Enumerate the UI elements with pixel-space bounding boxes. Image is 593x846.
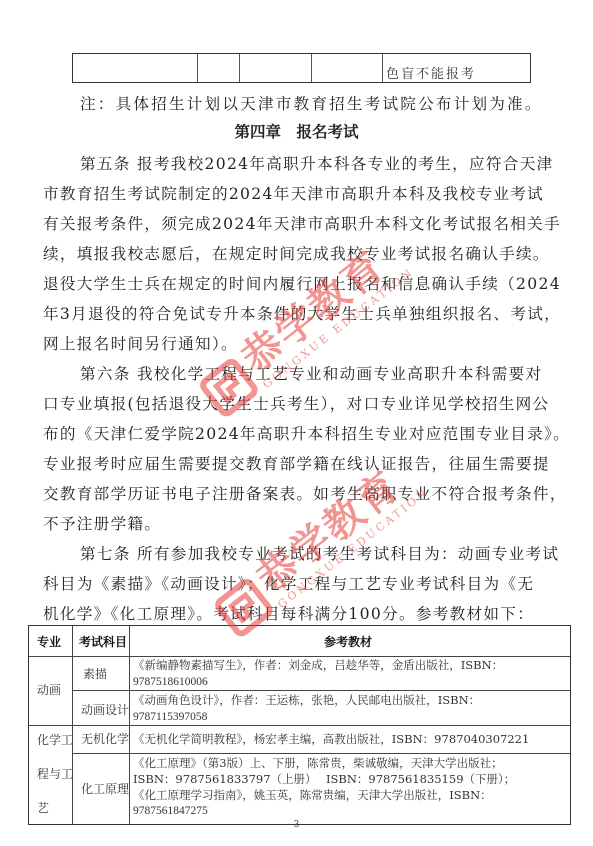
major-chem-line: 化学工 xyxy=(37,732,73,748)
subject-chem-principles: 化工原理 xyxy=(81,781,129,797)
chapter-title: 第四章 报名考试 xyxy=(0,120,593,142)
paragraph-line: 网上报名时间另行通知）。 xyxy=(43,334,563,354)
enrollment-plan-table-fragment: 色盲不能报考 xyxy=(72,53,531,83)
paragraph-line: 年3月退役的符合免试专升本条件的大学生士兵单独组织报名、考试， xyxy=(43,304,563,324)
paragraph-line: 有关报考条件，须完成2024年天津市高职升本科文化考试报名相关手 xyxy=(43,214,563,234)
textbook-line: 9787561847275 xyxy=(133,803,208,819)
row-divider xyxy=(72,690,570,691)
paragraph-line: 交教育部学历证书电子注册备案表。如考生高职专业不符合报考条件， xyxy=(43,484,563,504)
paragraph-line: 第七条 所有参加我校专业考试的考生考试科目为：动画专业考试 xyxy=(80,544,593,564)
major-chem-line: 程与工 xyxy=(37,766,73,782)
paragraph-line: 机化学》《化工原理》。考试科目每科满分100分。参考教材如下： xyxy=(43,604,563,624)
paragraph-line: 不予注册学籍。 xyxy=(43,514,563,534)
textbook-line: 《新编静物素描写生》，作者：刘金成，吕趁华等，金盾出版社，ISBN： xyxy=(133,657,503,673)
major-animation: 动画 xyxy=(37,682,61,698)
paragraph-line: 市教育招生考试院制定的2024年天津市高职升本科及我校专业考试 xyxy=(43,184,563,204)
column-divider xyxy=(197,54,198,82)
row-divider xyxy=(29,725,570,726)
textbook-line: 《化工原理学习指南》，姚玉英，陈常贵编，天津大学出版社，ISBN： xyxy=(133,787,492,803)
paragraph-line: 科目为《素描》《动画设计》；化学工程与工艺专业考试科目为《无 xyxy=(43,574,563,594)
paragraph-line: 退役大学生士兵在规定的时间内履行网上报名和信息确认手续（2024 xyxy=(43,274,563,294)
table-cell-remark: 色盲不能报考 xyxy=(386,63,476,82)
subject-inorganic-chem: 无机化学 xyxy=(81,731,129,747)
textbook-line: 9787115397058 xyxy=(133,709,207,725)
row-divider xyxy=(72,753,570,754)
textbook-line: 9787518610006 xyxy=(133,674,208,690)
paragraph-line: 专业报考时应届生需要提交教育部学籍在线认证报告，往届生需要提 xyxy=(43,454,563,474)
paragraph-line: 第六条 我校化学工程与工艺专业和动画专业高职升本科需要对 xyxy=(80,364,593,384)
textbook-line: 《无机化学简明教程》，杨宏孝主编，高教出版社，ISBN：978704030722… xyxy=(133,731,529,747)
column-divider xyxy=(239,54,240,82)
column-divider xyxy=(72,626,73,824)
paragraph-line: 口专业填报(包括退役大学生士兵考生），对口专业详见学校招生网公 xyxy=(43,394,563,414)
paragraph-line: 布的《天津仁爱学院2024年高职升本科招生专业对应范围专业目录》。 xyxy=(43,424,563,444)
subject-sketch: 素描 xyxy=(83,666,107,682)
header-subject: 考试科目 xyxy=(79,634,127,650)
column-divider xyxy=(129,626,130,824)
major-chem-line: 艺 xyxy=(37,800,49,816)
textbook-table: 专业 考试科目 参考教材 动画 素描 《新编静物素描写生》，作者：刘金成，吕趁华… xyxy=(28,625,571,825)
textbook-line: 《化工原理》（第3版）上、下册，陈常贵，柴诚敬编，天津大学出版社； xyxy=(133,755,503,771)
note-text: 注：具体招生计划以天津市教育招生考试院公布计划为准。 xyxy=(80,92,543,114)
subject-animation-design: 动画设计 xyxy=(81,702,129,718)
column-divider xyxy=(382,54,383,82)
header-major: 专业 xyxy=(37,634,61,650)
textbook-line: ISBN：9787561833797（上册） ISBN：978756183515… xyxy=(133,771,515,787)
column-divider xyxy=(311,54,312,82)
page-number: - 3 - xyxy=(0,820,593,830)
paragraph-line: 第五条 报考我校2024年高职升本科各专业的考生，应符合天津 xyxy=(80,154,593,174)
textbook-line: 《动画角色设计》，作者：王运栋，张艳，人民邮电出版社，ISBN： xyxy=(133,692,480,708)
header-textbook: 参考教材 xyxy=(324,634,372,650)
paragraph-line: 续，填报我校志愿后，在规定时间完成我校专业考试报名确认手续。 xyxy=(43,244,563,264)
